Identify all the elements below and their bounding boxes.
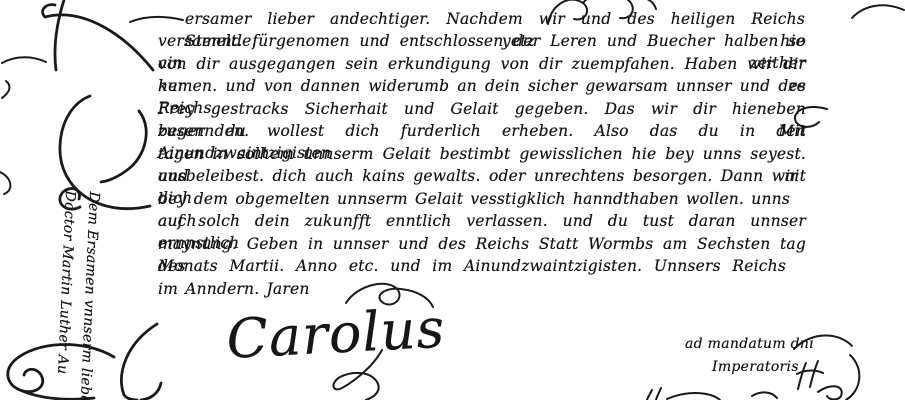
chancery-note-line-2: Imperatoris xyxy=(712,359,799,375)
chancery-cutoff-line-strokes xyxy=(647,386,842,400)
flourish-bottom-center-arc xyxy=(121,324,161,400)
flourish-top-right-arc xyxy=(852,5,904,18)
flourish-left-margin-dash xyxy=(2,57,46,63)
flourish-line1-lead-dash xyxy=(130,17,183,22)
flourish-left-edge-mid xyxy=(0,172,10,194)
flourish-top-left-arc xyxy=(43,5,153,70)
chancery-paraph xyxy=(797,355,859,400)
text-line-12: Monats Martii. Anno etc. und im Ainundzw… xyxy=(158,255,786,277)
flourish-left-edge-upper xyxy=(2,81,9,98)
flourish-top-left-downstroke xyxy=(55,0,64,70)
flourish-chancery-arc xyxy=(794,335,852,349)
manuscript-page: ersamer lieber andechtiger. Nachdem wir … xyxy=(0,0,905,400)
text-line-13: im Anndern. Jaren xyxy=(158,278,310,300)
flourish-left-grand-s xyxy=(101,111,146,182)
imperial-signature: Carolus xyxy=(225,297,447,371)
chancery-note-line-1: ad mandatum dni xyxy=(685,336,814,352)
address-vertical: Dem Ersamen vnnserm lieben Doctor Martin… xyxy=(49,190,106,400)
